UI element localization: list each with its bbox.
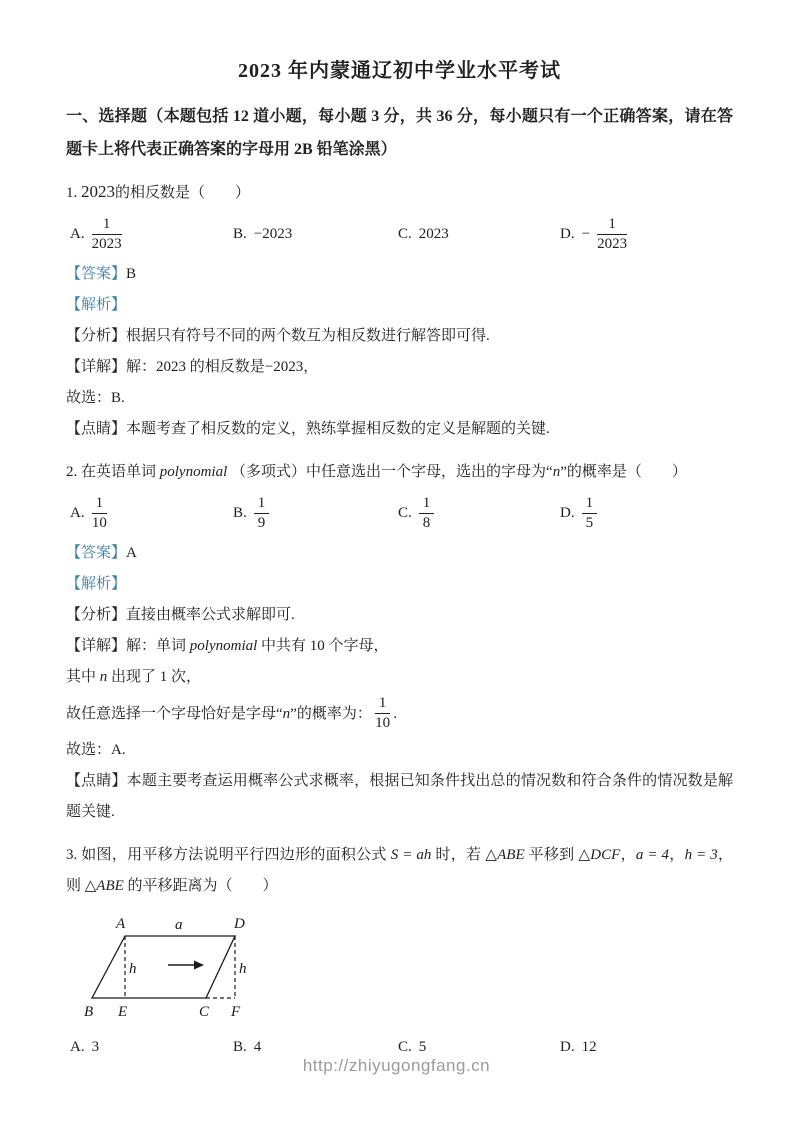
q2-option-d: D. 1 5 bbox=[560, 488, 597, 538]
q3-option-b-label: B. bbox=[233, 1039, 247, 1056]
q2-option-d-fraction: 1 5 bbox=[582, 495, 598, 532]
q3-given-h: h = 3 bbox=[685, 847, 718, 863]
fraction-numerator: 1 bbox=[582, 495, 598, 514]
q3-triangle-dcf: △DCF bbox=[579, 847, 621, 863]
fenxi-tag: 【分析】 bbox=[66, 607, 126, 623]
q1-option-b: B. −2023 bbox=[233, 209, 292, 259]
q1-option-c: C. 2023 bbox=[398, 209, 449, 259]
fraction-numerator: 1 bbox=[597, 216, 627, 235]
q2-option-d-label: D. bbox=[560, 505, 575, 522]
q2-xiangjie-line: 【详解】解：单词 polynomial 中共有 10 个字母， bbox=[66, 631, 733, 662]
parallelogram-diagram: A a D h h B E C F bbox=[72, 910, 733, 1028]
q3-option-b-value: 4 bbox=[254, 1039, 262, 1056]
q3-stem-part3: 平移到 bbox=[529, 847, 575, 863]
parallelogram-diagram-svg: A a D h h B E C F bbox=[72, 910, 344, 1024]
vertex-label-d: D bbox=[233, 916, 245, 932]
q1-fenxi-text: 根据只有符号不同的两个数互为相反数进行解答即可得. bbox=[126, 328, 490, 344]
q2-xiangjie-math-word: polynomial bbox=[190, 638, 258, 654]
q1-option-d-label: D. bbox=[560, 226, 575, 243]
q2-answer-line: 【答案】A bbox=[66, 538, 733, 569]
fraction-numerator: 1 bbox=[419, 495, 435, 514]
q1-option-a-label: A. bbox=[70, 226, 85, 243]
q2-count-math-letter: n bbox=[100, 669, 108, 685]
fraction-denominator: 8 bbox=[419, 514, 435, 532]
q3-stem-part2: 时，若 bbox=[435, 847, 481, 863]
vertex-label-c: C bbox=[199, 1004, 210, 1020]
height-label-h2: h bbox=[239, 961, 247, 977]
q2-number: 2. bbox=[66, 464, 77, 480]
answer-tag: 【答案】 bbox=[66, 266, 126, 282]
q1-dianjing-line: 【点睛】本题考查了相反数的定义，熟练掌握相反数的定义是解题的关键. bbox=[66, 414, 733, 445]
q1-option-b-value: −2023 bbox=[254, 226, 292, 243]
height-label-h1: h bbox=[129, 961, 137, 977]
q2-guxuan-line: 故选：A. bbox=[66, 735, 733, 766]
q1-dianjing-text: 本题考查了相反数的定义，熟练掌握相反数的定义是解题的关键. bbox=[126, 421, 550, 437]
fraction-denominator: 9 bbox=[254, 514, 270, 532]
q2-prob-period: . bbox=[393, 699, 397, 730]
fraction-denominator: 10 bbox=[92, 514, 108, 532]
q2-option-a-fraction: 1 10 bbox=[92, 495, 108, 532]
fraction-numerator: 1 bbox=[375, 695, 391, 714]
jiexi-tag: 【解析】 bbox=[66, 576, 126, 592]
q1-option-d: D. − 1 2023 bbox=[560, 209, 627, 259]
q2-stem-part3: ”的概率是（ ） bbox=[560, 464, 687, 480]
translation-arrow-icon bbox=[168, 961, 204, 970]
dianjing-tag: 【点睛】 bbox=[66, 773, 127, 789]
q1-option-a-fraction: 1 2023 bbox=[92, 216, 122, 253]
q1-number: 1. bbox=[66, 185, 77, 201]
q2-option-c-label: C. bbox=[398, 505, 412, 522]
q1-xiangjie-line: 【详解】解：2023 的相反数是−2023， bbox=[66, 352, 733, 383]
q2-dianjing-line: 【点睛】本题主要考查运用概率公式求概率，根据已知条件找出总的情况数和符合条件的情… bbox=[66, 766, 733, 828]
q3-option-d-value: 12 bbox=[582, 1039, 597, 1056]
q3-option-c-value: 5 bbox=[419, 1039, 427, 1056]
q3-given-a: a = 4 bbox=[636, 847, 669, 863]
q2-options-row: A. 1 10 B. 1 9 C. 1 8 D. 1 5 bbox=[66, 488, 733, 538]
q2-option-a-label: A. bbox=[70, 505, 85, 522]
q3-formula: S = ah bbox=[391, 847, 432, 863]
q1-option-b-label: B. bbox=[233, 226, 247, 243]
side-label-a: a bbox=[175, 917, 183, 933]
q2-option-c-fraction: 1 8 bbox=[419, 495, 435, 532]
q1-stem-number: 2023 bbox=[81, 182, 115, 201]
q2-stem-part2: （多项式）中任意选出一个字母，选出的字母为“ bbox=[231, 464, 553, 480]
q2-stem-math-word: polynomial bbox=[160, 464, 228, 480]
vertex-label-e: E bbox=[117, 1004, 127, 1020]
q1-option-c-value: 2023 bbox=[419, 226, 449, 243]
q2-option-b: B. 1 9 bbox=[233, 488, 269, 538]
q2-fenxi-line: 【分析】直接由概率公式求解即可. bbox=[66, 600, 733, 631]
q2-count-part2: 出现了 1 次， bbox=[111, 669, 201, 685]
q1-option-c-label: C. bbox=[398, 226, 412, 243]
q2-prob-part1: 故任意选择一个字母恰好是字母“ bbox=[66, 699, 283, 730]
xiangjie-tag: 【详解】 bbox=[66, 359, 126, 375]
q2-prob-part2: ”的概率为： bbox=[290, 699, 372, 730]
fraction-numerator: 1 bbox=[92, 495, 108, 514]
q1-options-row: A. 1 2023 B. −2023 C. 2023 D. − 1 2023 bbox=[66, 209, 733, 259]
q3-stem-part5: ， bbox=[669, 847, 685, 863]
q2-option-b-label: B. bbox=[233, 505, 247, 522]
q2-dianjing-text: 本题主要考查运用概率公式求概率，根据已知条件找出总的情况数和符合条件的情况数是解… bbox=[66, 773, 733, 820]
q3-number: 3. bbox=[66, 847, 77, 863]
vertex-label-b: B bbox=[84, 1004, 93, 1020]
q2-stem: 2. 在英语单词 polynomial （多项式）中任意选出一个字母，选出的字母… bbox=[66, 457, 733, 488]
section-heading: 一、选择题（本题包括 12 道小题，每小题 3 分，共 36 分，每小题只有一个… bbox=[66, 100, 733, 166]
q1-fenxi-line: 【分析】根据只有符号不同的两个数互为相反数进行解答即可得. bbox=[66, 321, 733, 352]
dianjing-tag: 【点睛】 bbox=[66, 421, 126, 437]
parallelogram-outline bbox=[92, 936, 235, 998]
q2-option-c: C. 1 8 bbox=[398, 488, 434, 538]
fenxi-tag: 【分析】 bbox=[66, 328, 126, 344]
q2-probability-line: 故任意选择一个字母恰好是字母“n”的概率为： 1 10 . bbox=[66, 693, 733, 735]
answer-tag: 【答案】 bbox=[66, 545, 126, 561]
q3-option-c-label: C. bbox=[398, 1039, 412, 1056]
fraction-denominator: 10 bbox=[375, 714, 391, 732]
q3-option-a-value: 3 bbox=[92, 1039, 100, 1056]
q2-option-b-fraction: 1 9 bbox=[254, 495, 270, 532]
q3-stem-part1: 如图，用平移方法说明平行四边形的面积公式 bbox=[81, 847, 386, 863]
q2-fenxi-text: 直接由概率公式求解即可. bbox=[126, 607, 295, 623]
q1-jiexi-line: 【解析】 bbox=[66, 290, 733, 321]
fraction-numerator: 1 bbox=[254, 495, 270, 514]
q1-xiangjie-text: 解：2023 的相反数是−2023， bbox=[126, 359, 318, 375]
q2-xiangjie-part1: 解：单词 bbox=[126, 638, 186, 654]
xiangjie-tag: 【详解】 bbox=[66, 638, 126, 654]
q2-prob-math-letter: n bbox=[283, 699, 291, 730]
q1-stem: 1. 2023的相反数是（ ） bbox=[66, 176, 733, 209]
q3-triangle-abe: △ABE bbox=[485, 847, 524, 863]
q3-option-a-label: A. bbox=[70, 1039, 85, 1056]
q1-option-d-sign: − bbox=[582, 226, 590, 243]
q1-answer-value: B bbox=[126, 266, 136, 282]
q3-stem-part4: ， bbox=[620, 847, 636, 863]
fraction-denominator: 5 bbox=[582, 514, 598, 532]
q1-stem-text: 的相反数是（ ） bbox=[115, 185, 250, 201]
page-title: 2023 年内蒙通辽初中学业水平考试 bbox=[66, 56, 733, 86]
q3-stem: 3. 如图，用平移方法说明平行四边形的面积公式 S = ah 时，若 △ABE … bbox=[66, 840, 733, 902]
q3-stem-line2: 的平移距离为（ ） bbox=[128, 878, 278, 894]
q2-stem-part1: 在英语单词 bbox=[81, 464, 156, 480]
q3-option-d-label: D. bbox=[560, 1039, 575, 1056]
q1-answer-line: 【答案】B bbox=[66, 259, 733, 290]
fraction-denominator: 2023 bbox=[597, 235, 627, 253]
q2-xiangjie-part2: 中共有 10 个字母， bbox=[261, 638, 389, 654]
q1-guxuan-line: 故选：B. bbox=[66, 383, 733, 414]
q1-option-a: A. 1 2023 bbox=[70, 209, 122, 259]
q2-prob-fraction: 1 10 bbox=[375, 695, 391, 732]
q2-count-line: 其中 n 出现了 1 次， bbox=[66, 662, 733, 693]
q2-answer-value: A bbox=[126, 545, 137, 561]
fraction-numerator: 1 bbox=[92, 216, 122, 235]
q1-option-d-fraction: 1 2023 bbox=[597, 216, 627, 253]
exam-document-page: 2023 年内蒙通辽初中学业水平考试 一、选择题（本题包括 12 道小题，每小题… bbox=[0, 0, 793, 1122]
vertex-label-a: A bbox=[115, 916, 126, 932]
q3-triangle-abe-2: △ABE bbox=[85, 878, 124, 894]
q2-count-part1: 其中 bbox=[66, 669, 96, 685]
jiexi-tag: 【解析】 bbox=[66, 297, 126, 313]
q2-jiexi-line: 【解析】 bbox=[66, 569, 733, 600]
fraction-denominator: 2023 bbox=[92, 235, 122, 253]
q2-option-a: A. 1 10 bbox=[70, 488, 107, 538]
watermark-url: http://zhiyugongfang.cn bbox=[0, 1056, 793, 1076]
vertex-label-f: F bbox=[230, 1004, 241, 1020]
